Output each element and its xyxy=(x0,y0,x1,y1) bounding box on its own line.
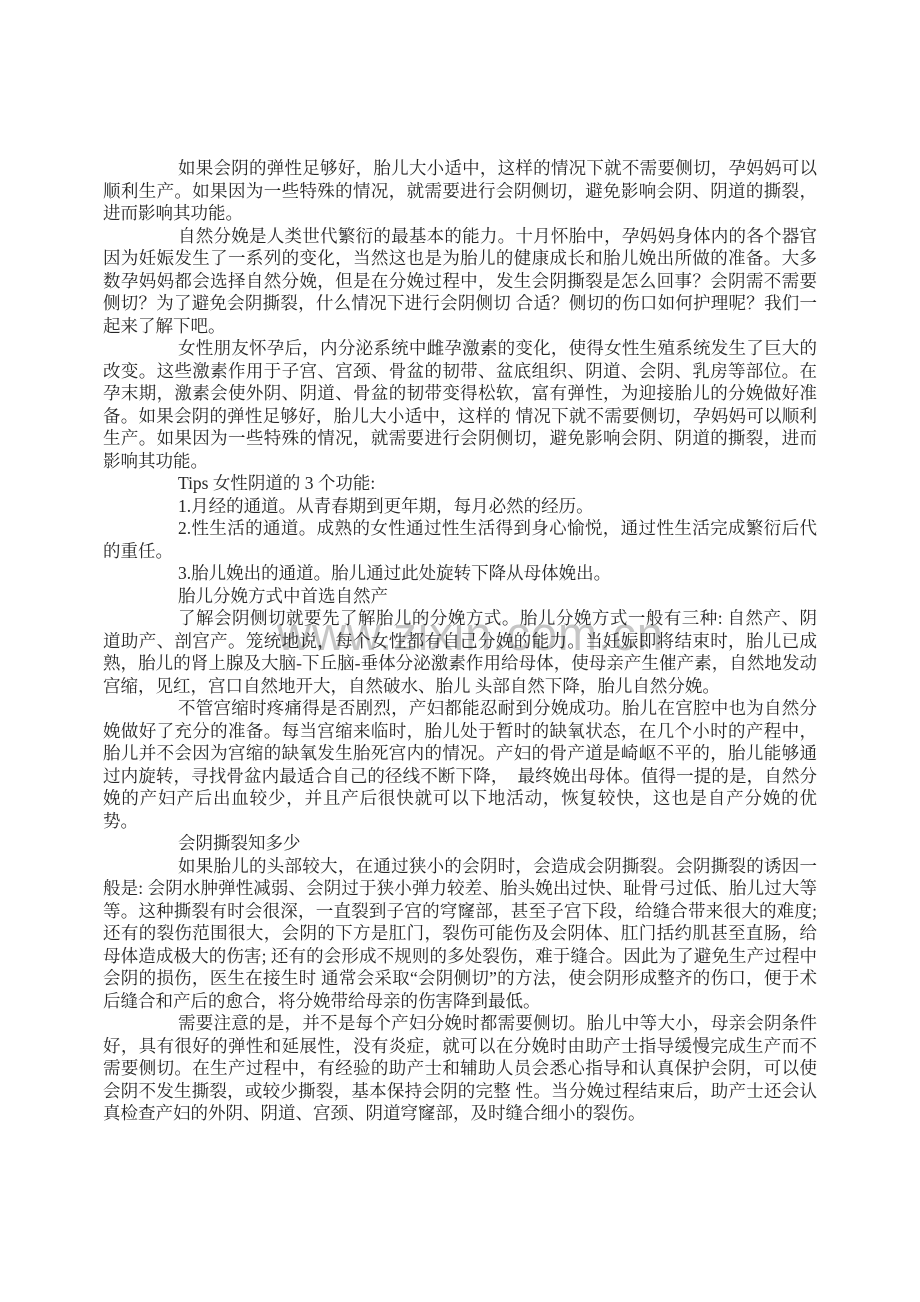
paragraph-11: 会阴撕裂知多少 xyxy=(103,832,817,855)
paragraph-3: 女性朋友怀孕后，内分泌系统中雌孕激素的变化，使得女性生殖系统发生了巨大的改变。这… xyxy=(103,337,817,472)
paragraph-8: 胎儿分娩方式中首选自然产 xyxy=(103,585,817,608)
paragraph-13: 需要注意的是，并不是每个产妇分娩时都需要侧切。胎儿中等大小，母亲会阴条件好，具有… xyxy=(103,1012,817,1125)
paragraph-2: 自然分娩是人类世代繁衍的最基本的能力。十月怀胎中，孕妈妈身体内的各个器官因为妊娠… xyxy=(103,225,817,338)
paragraph-10: 不管宫缩时疼痛得是否剧烈，产妇都能忍耐到分娩成功。胎儿在宫腔中也为自然分娩做好了… xyxy=(103,697,817,832)
paragraph-12: 如果胎儿的头部较大，在通过狭小的会阴时，会造成会阴撕裂。会阴撕裂的诱因一般是: … xyxy=(103,855,817,1013)
document-page: www.zixin.com.cn 如果会阴的弹性足够好，胎儿大小适中，这样的情况… xyxy=(0,0,920,1302)
paragraph-6: 2.性生活的通道。成熟的女性通过性生活得到身心愉悦，通过性生活完成繁衍后代的重任… xyxy=(103,517,817,562)
paragraph-4: Tips 女性阴道的 3 个功能: xyxy=(103,472,817,495)
document-content: 如果会阴的弹性足够好，胎儿大小适中，这样的情况下就不需要侧切，孕妈妈可以顺利生产… xyxy=(103,157,817,1125)
paragraph-5: 1.月经的通道。从青春期到更年期，每月必然的经历。 xyxy=(103,495,817,518)
paragraph-1: 如果会阴的弹性足够好，胎儿大小适中，这样的情况下就不需要侧切，孕妈妈可以顺利生产… xyxy=(103,157,817,225)
paragraph-9: 了解会阴侧切就要先了解胎儿的分娩方式。胎儿分娩方式一般有三种: 自然产、阴道助产… xyxy=(103,607,817,697)
paragraph-7: 3.胎儿娩出的通道。胎儿通过此处旋转下降从母体娩出。 xyxy=(103,562,817,585)
